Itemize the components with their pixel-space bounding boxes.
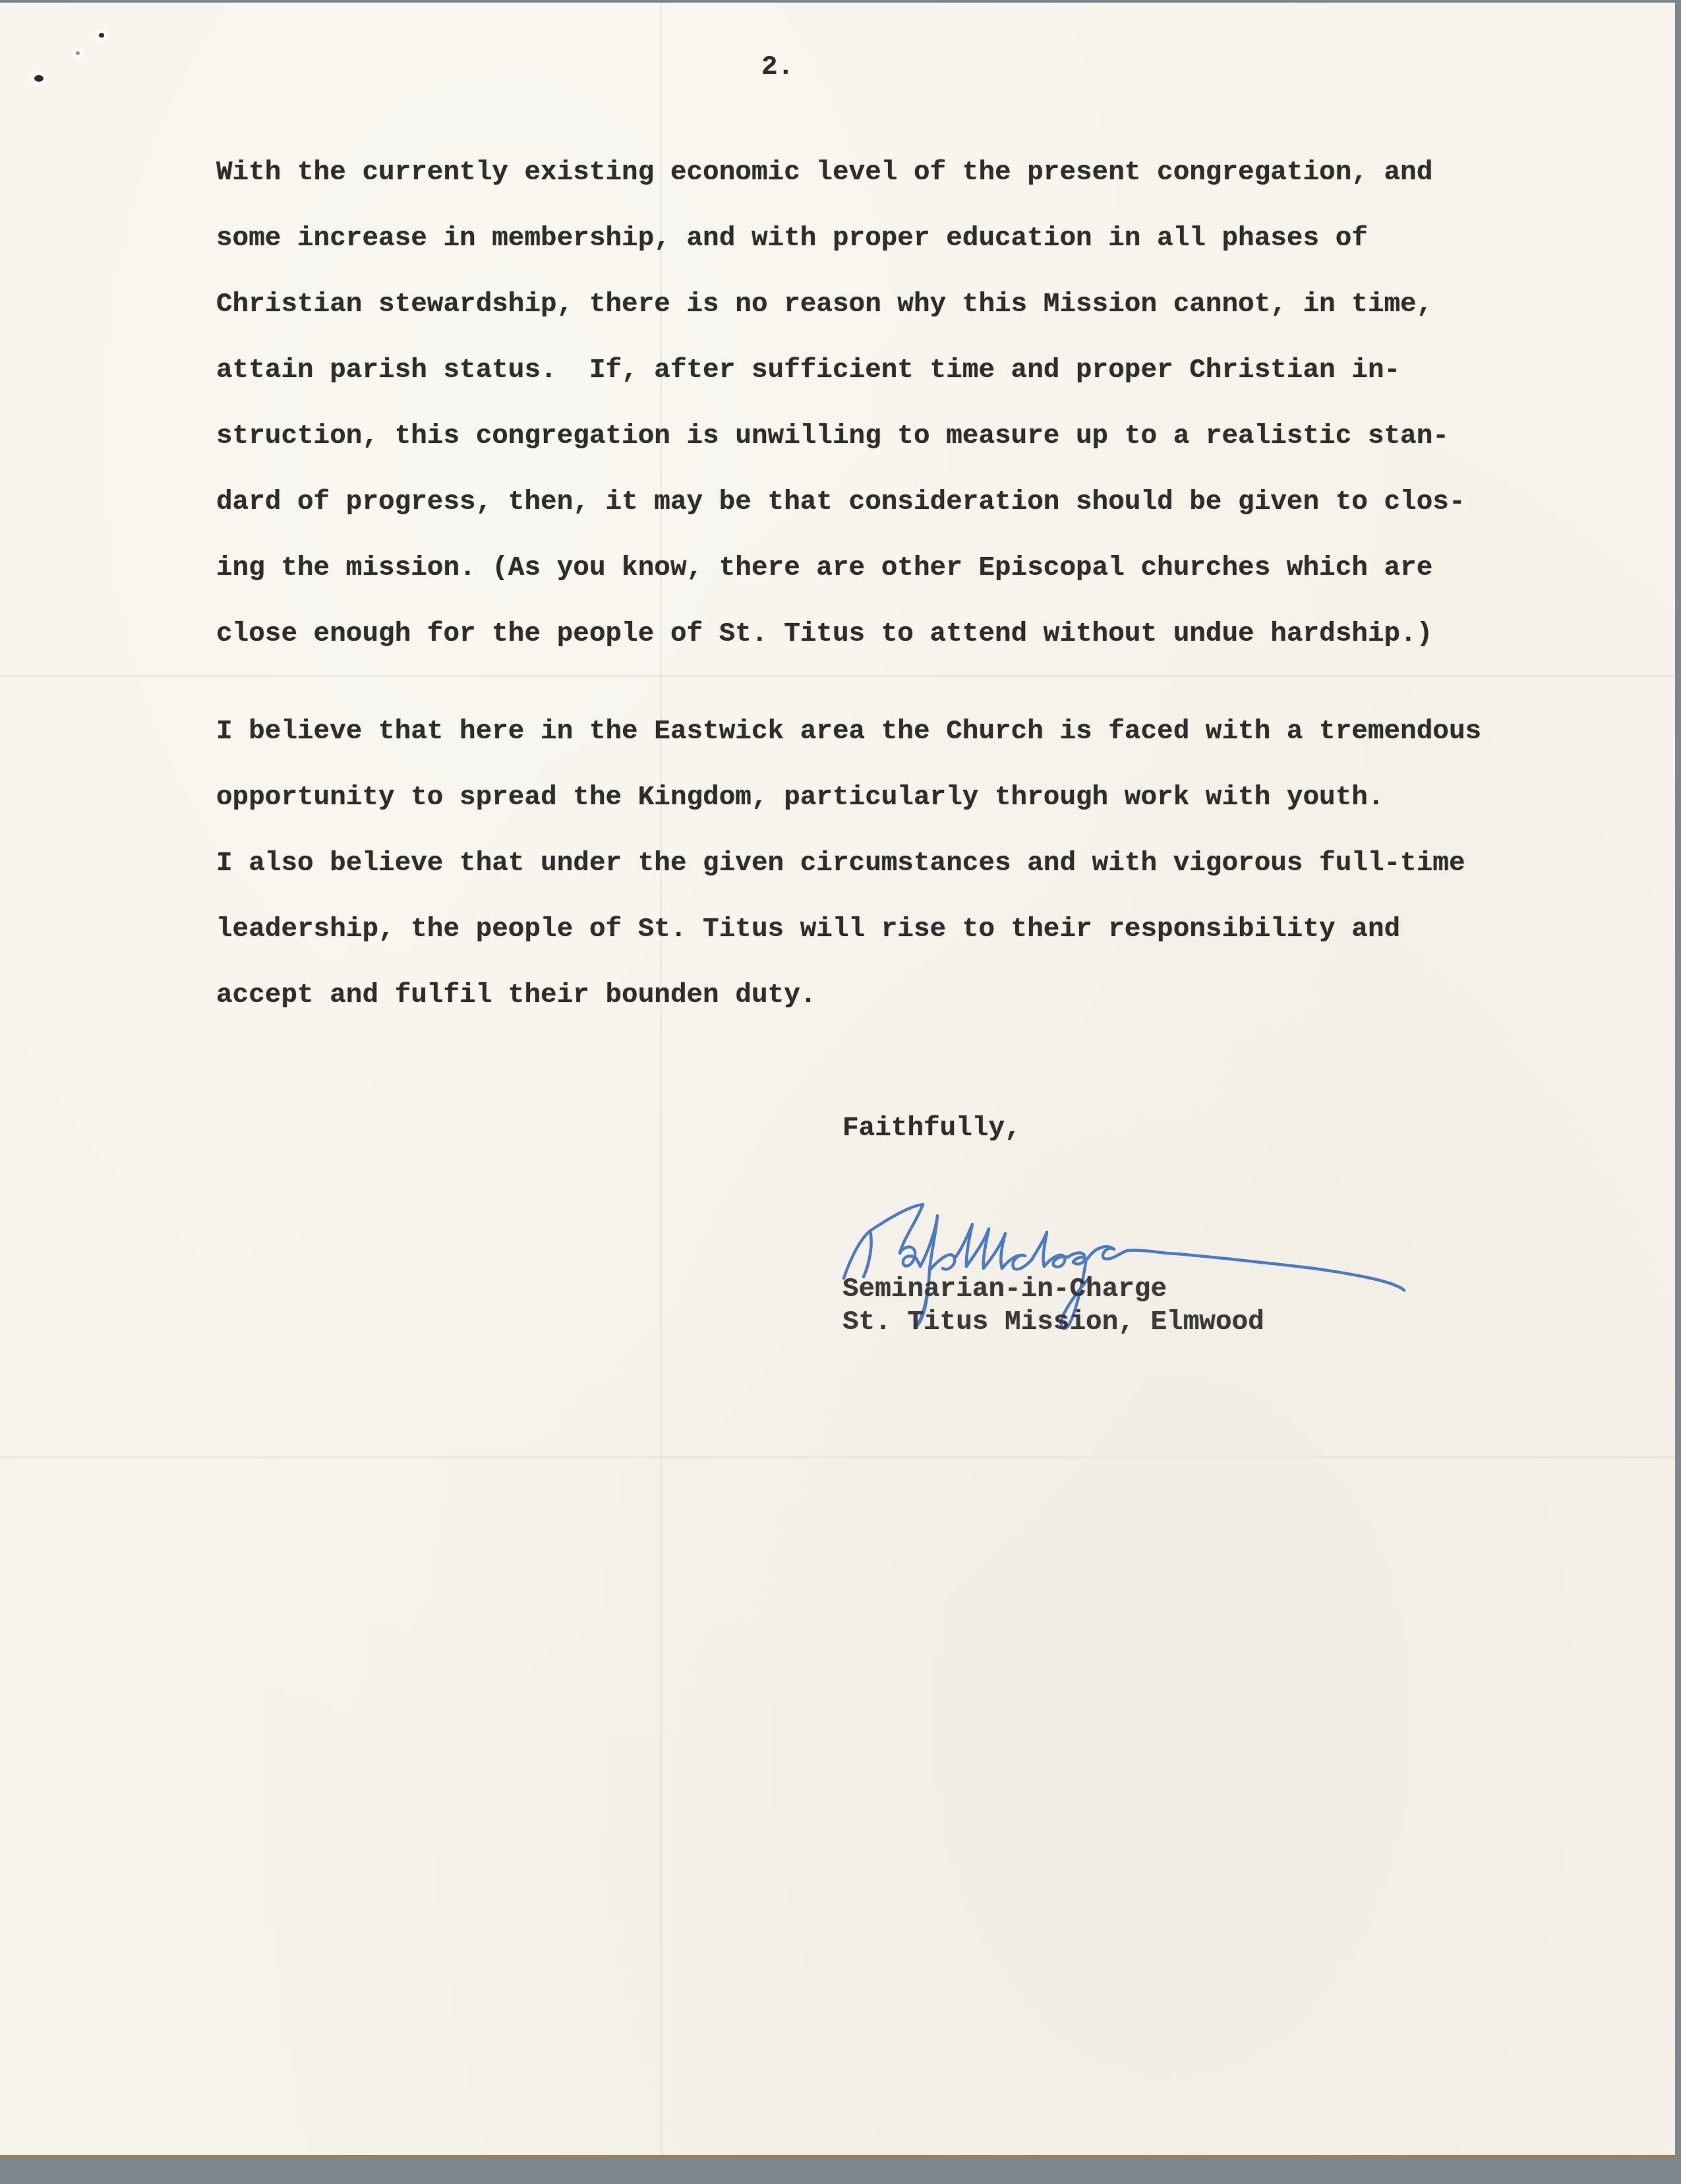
staple-hole-icon [34,75,44,82]
vertical-fold-crease [661,3,662,2155]
text-line: attain parish status. If, after sufficie… [216,357,1400,384]
signer-title: Seminarian-in-Charge [842,1276,1167,1303]
text-line: With the currently existing economic lev… [216,160,1432,187]
text-line: I believe that here in the Eastwick area… [216,719,1481,746]
staple-hole-icon [76,51,80,55]
text-line: Christian stewardship, there is no reaso… [216,291,1432,318]
text-line: I also believe that under the given circ… [216,850,1465,877]
horizontal-fold-crease [0,1456,1675,1458]
horizontal-fold-crease [0,675,1675,677]
text-line: struction, this congregation is unwillin… [216,423,1449,450]
letter-page: 2. With the currently existing economic … [0,3,1675,2157]
text-line: close enough for the people of St. Titus… [216,621,1432,648]
closing-salutation: Faithfully, [842,1115,1021,1142]
text-line: dard of progress, then, it may be that c… [216,489,1465,516]
text-line: some increase in membership, and with pr… [216,225,1368,252]
signer-organization: St. Titus Mission, Elmwood [842,1309,1264,1336]
text-line: ing the mission. (As you know, there are… [216,555,1432,582]
staple-hole-icon [99,33,104,38]
page-number: 2. [761,54,794,81]
text-line: accept and fulfil their bounden duty. [216,982,816,1009]
text-line: leadership, the people of St. Titus will… [216,916,1400,943]
text-line: opportunity to spread the Kingdom, parti… [216,784,1384,812]
